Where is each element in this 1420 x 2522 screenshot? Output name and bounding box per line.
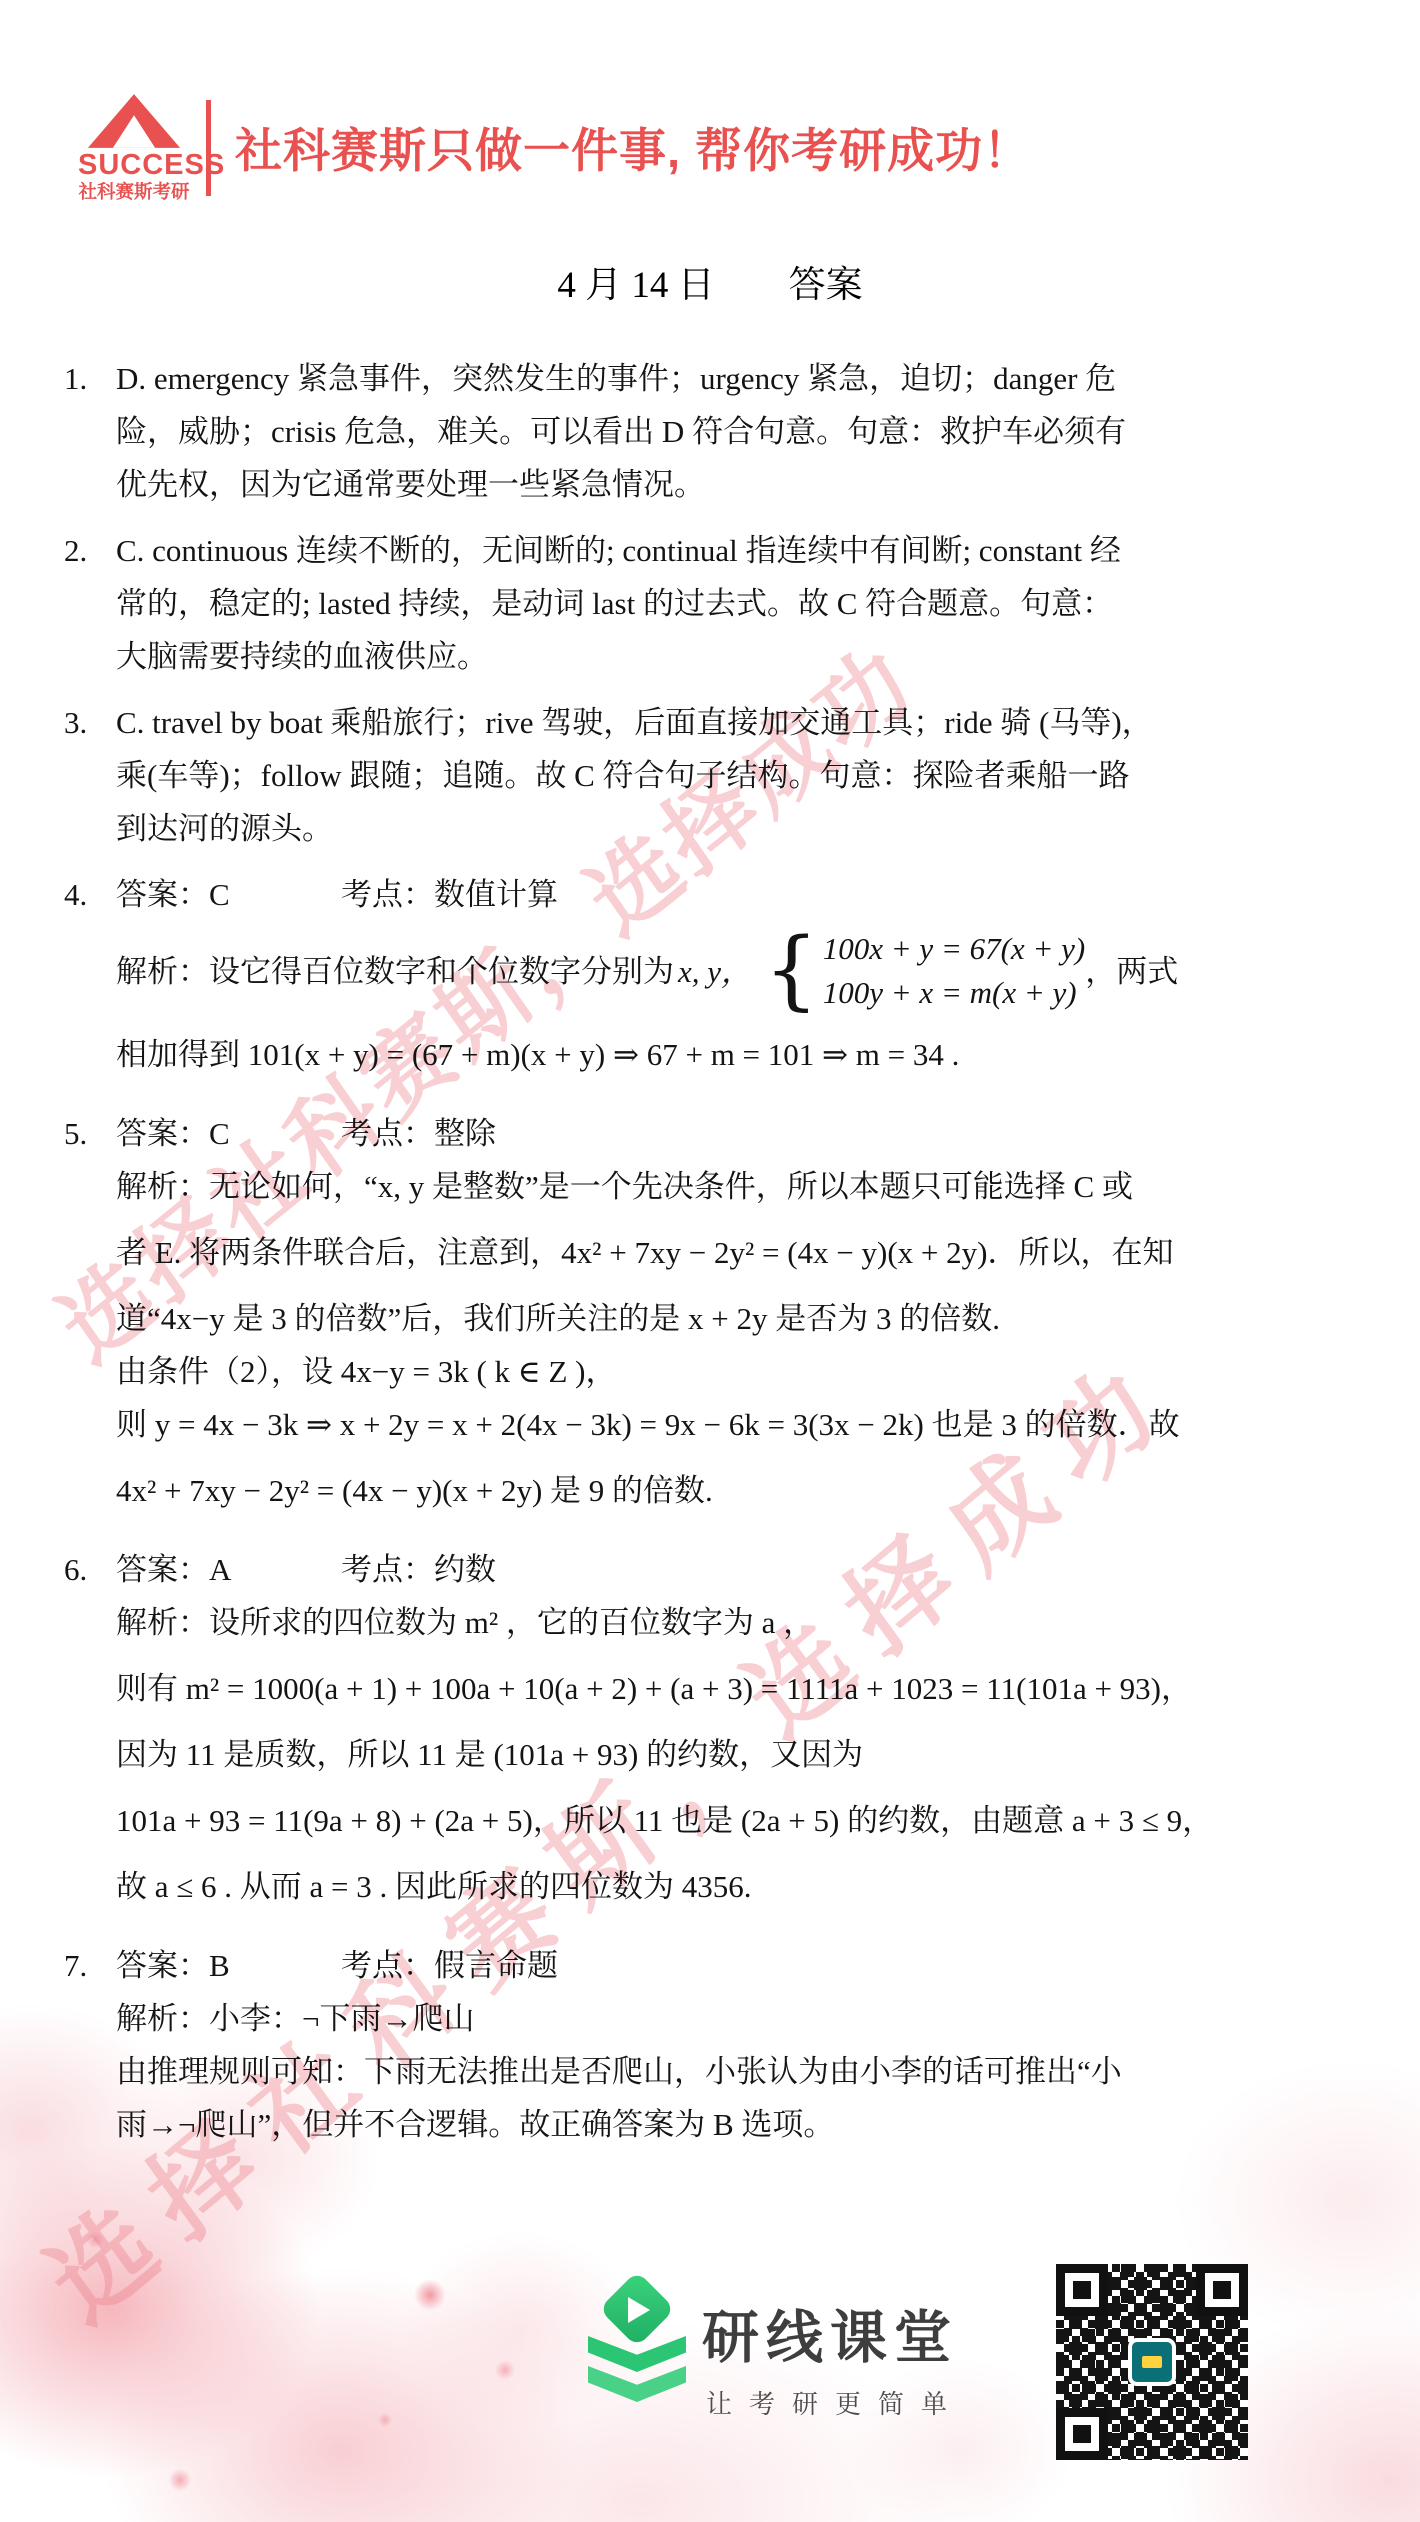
answer-letter: 答案：B	[116, 1939, 341, 1992]
math-line: 者 E. 将两条件联合后，注意到，4x² + 7xy − 2y² = (4x −…	[116, 1226, 1364, 1279]
answer-letter: 答案：C	[116, 868, 341, 921]
keypoint: 考点：整除	[341, 1107, 496, 1160]
item-number: 2.	[64, 524, 116, 683]
math-line: 则有 m² = 1000(a + 1) + 100a + 10(a + 2) +…	[116, 1662, 1364, 1715]
text-line: 由条件（2），设 4x−y = 3k ( k ∈ Z )，	[116, 1345, 1364, 1398]
keypoint: 考点：假言命题	[341, 1939, 558, 1992]
text-line: 乘(车等)；follow 跟随；追随。故 C 符合句子结构。句意：探险者乘船一路	[116, 749, 1364, 802]
text-line: 解析：无论如何，“x, y 是整数”是一个先决条件，所以本题只可能选择 C 或	[116, 1160, 1364, 1213]
text-line: ，两式	[1085, 945, 1178, 998]
item-body: 答案：C 考点：数值计算 解析：设它得百位数字和个位数字分别为 x, y， { …	[116, 868, 1364, 1094]
answer-item-7: 7. 答案：B 考点：假言命题 解析：小李：¬下雨→爬山 由推理规则可知：下雨无…	[64, 1939, 1364, 2151]
text-line: 解析：设所求的四位数为 m² ，它的百位数字为 a ，	[116, 1596, 1364, 1649]
qr-finder-icon	[1056, 2408, 1108, 2460]
equation: 100x + y = 67(x + y)	[823, 927, 1085, 971]
item-number: 4.	[64, 868, 116, 1094]
answer-item-5: 5. 答案：C 考点：整除 解析：无论如何，“x, y 是整数”是一个先决条件，…	[64, 1107, 1364, 1530]
answer-keypoint-row: 答案：C 考点：整除	[116, 1107, 1364, 1160]
answer-keypoint-row: 答案：B 考点：假言命题	[116, 1939, 1364, 1992]
text-line: 道“4x−y 是 3 的倍数”后，我们所关注的是 x + 2y 是否为 3 的倍…	[116, 1292, 1364, 1345]
equation-system: 100x + y = 67(x + y) 100y + x = m(x + y)	[823, 927, 1085, 1015]
answer-item-6: 6. 答案：A 考点：约数 解析：设所求的四位数为 m² ，它的百位数字为 a …	[64, 1543, 1364, 1926]
logo-sub-text: 社科赛斯考研	[78, 180, 190, 203]
item-body: C. travel by boat 乘船旅行；rive 驾驶，后面直接加交通工具…	[116, 696, 1364, 855]
text-line: 由推理规则可知：下雨无法推出是否爬山，小张认为由小李的话可推出“小	[116, 2045, 1364, 2098]
answer-sheet-page: 选择社科赛斯，选择成功 选择社科赛斯，选择成功 SUCCESS 社科赛斯考研 社…	[0, 0, 1420, 2522]
answer-letter: 答案：A	[116, 1543, 341, 1596]
header-divider	[206, 100, 211, 196]
success-logo: SUCCESS 社科赛斯考研	[78, 92, 190, 204]
item-body: 答案：A 考点：约数 解析：设所求的四位数为 m² ，它的百位数字为 a ， 则…	[116, 1543, 1364, 1926]
keypoint: 考点：数值计算	[341, 868, 558, 921]
item-number: 6.	[64, 1543, 116, 1926]
item-number: 7.	[64, 1939, 116, 2151]
footer-brand: 研线课堂	[702, 2292, 958, 2374]
item-number: 3.	[64, 696, 116, 855]
item-body: 答案：B 考点：假言命题 解析：小李：¬下雨→爬山 由推理规则可知：下雨无法推出…	[116, 1939, 1364, 2151]
equation-system-row: 解析：设它得百位数字和个位数字分别为 x, y， { 100x + y = 67…	[116, 927, 1364, 1015]
text-line: 大脑需要持续的血液供应。	[116, 630, 1364, 683]
text-line: C. travel by boat 乘船旅行；rive 驾驶，后面直接加交通工具…	[116, 696, 1364, 749]
answer-item-3: 3. C. travel by boat 乘船旅行；rive 驾驶，后面直接加交…	[64, 696, 1364, 855]
page-title: 4 月 14 日 答案	[0, 254, 1420, 308]
math-line: 则 y = 4x − 3k ⇒ x + 2y = x + 2(4x − 3k) …	[116, 1398, 1364, 1451]
qr-center-badge	[1128, 2338, 1176, 2386]
text-line: 解析：设它得百位数字和个位数字分别为	[116, 945, 674, 998]
qr-finder-icon	[1056, 2264, 1108, 2316]
footer-tagline: 让考研更简单	[706, 2384, 964, 2421]
item-number: 1.	[64, 352, 116, 511]
text-line: C. continuous 连续不断的，无间断的; continual 指连续中…	[116, 524, 1364, 577]
logo-diamond	[599, 2271, 675, 2347]
qr-finder-icon	[1196, 2264, 1248, 2316]
title-date: 4 月 14 日	[557, 254, 714, 308]
item-number: 5.	[64, 1107, 116, 1530]
equation: 100y + x = m(x + y)	[823, 971, 1085, 1015]
text-line: 故 a ≤ 6 . 从而 a = 3 . 因此所求的四位数为 4356.	[116, 1860, 1364, 1913]
answer-item-1: 1. D. emergency 紧急事件，突然发生的事件；urgency 紧急，…	[64, 352, 1364, 511]
answer-item-2: 2. C. continuous 连续不断的，无间断的; continual 指…	[64, 524, 1364, 683]
chevron-icon	[588, 2336, 686, 2372]
header: SUCCESS 社科赛斯考研 社科赛斯只做一件事, 帮你考研成功！	[78, 92, 1031, 204]
answer-keypoint-row: 答案：A 考点：约数	[116, 1543, 1364, 1596]
yanxian-logo-icon	[588, 2278, 686, 2400]
answer-item-4: 4. 答案：C 考点：数值计算 解析：设它得百位数字和个位数字分别为 x, y，…	[64, 868, 1364, 1094]
text-line: 险，威胁；crisis 危急，难关。可以看出 D 符合句意。句意：救护车必须有	[116, 405, 1364, 458]
text-line: 雨→¬爬山”，但并不合逻辑。故正确答案为 B 选项。	[116, 2098, 1364, 2151]
text-line: D. emergency 紧急事件，突然发生的事件；urgency 紧急，迫切；…	[116, 352, 1364, 405]
header-slogan: 社科赛斯只做一件事, 帮你考研成功！	[235, 114, 1031, 181]
item-body: D. emergency 紧急事件，突然发生的事件；urgency 紧急，迫切；…	[116, 352, 1364, 511]
math-variables: x, y，	[678, 945, 752, 998]
text-line: 常的，稳定的; lasted 持续，是动词 last 的过去式。故 C 符合题意…	[116, 577, 1364, 630]
math-line: 相加得到 101(x + y) = (67 + m)(x + y) ⇒ 67 +…	[116, 1028, 1364, 1081]
item-body: C. continuous 连续不断的，无间断的; continual 指连续中…	[116, 524, 1364, 683]
text-line: 因为 11 是质数，所以 11 是 (101a + 93) 的约数，又因为	[116, 1728, 1364, 1781]
system-brace: {	[764, 932, 819, 1009]
text-line: 优先权，因为它通常要处理一些紧急情况。	[116, 458, 1364, 511]
qr-code	[1056, 2264, 1248, 2460]
math-line: 4x² + 7xy − 2y² = (4x − y)(x + 2y) 是 9 的…	[116, 1464, 1364, 1517]
title-label: 答案	[789, 254, 863, 308]
answer-keypoint-row: 答案：C 考点：数值计算	[116, 868, 1364, 921]
play-icon	[628, 2297, 650, 2323]
chevron-icon	[588, 2366, 686, 2402]
item-body: 答案：C 考点：整除 解析：无论如何，“x, y 是整数”是一个先决条件，所以本…	[116, 1107, 1364, 1530]
math-line: 101a + 93 = 11(9a + 8) + (2a + 5)，所以 11 …	[116, 1794, 1364, 1847]
mountain-icon	[86, 92, 182, 150]
text-line: 到达河的源头。	[116, 802, 1364, 855]
logo-brand-text: SUCCESS	[78, 150, 190, 180]
answers-list: 1. D. emergency 紧急事件，突然发生的事件；urgency 紧急，…	[64, 352, 1364, 2164]
text-line: 解析：小李：¬下雨→爬山	[116, 1992, 1364, 2045]
answer-letter: 答案：C	[116, 1107, 341, 1160]
keypoint: 考点：约数	[341, 1543, 496, 1596]
